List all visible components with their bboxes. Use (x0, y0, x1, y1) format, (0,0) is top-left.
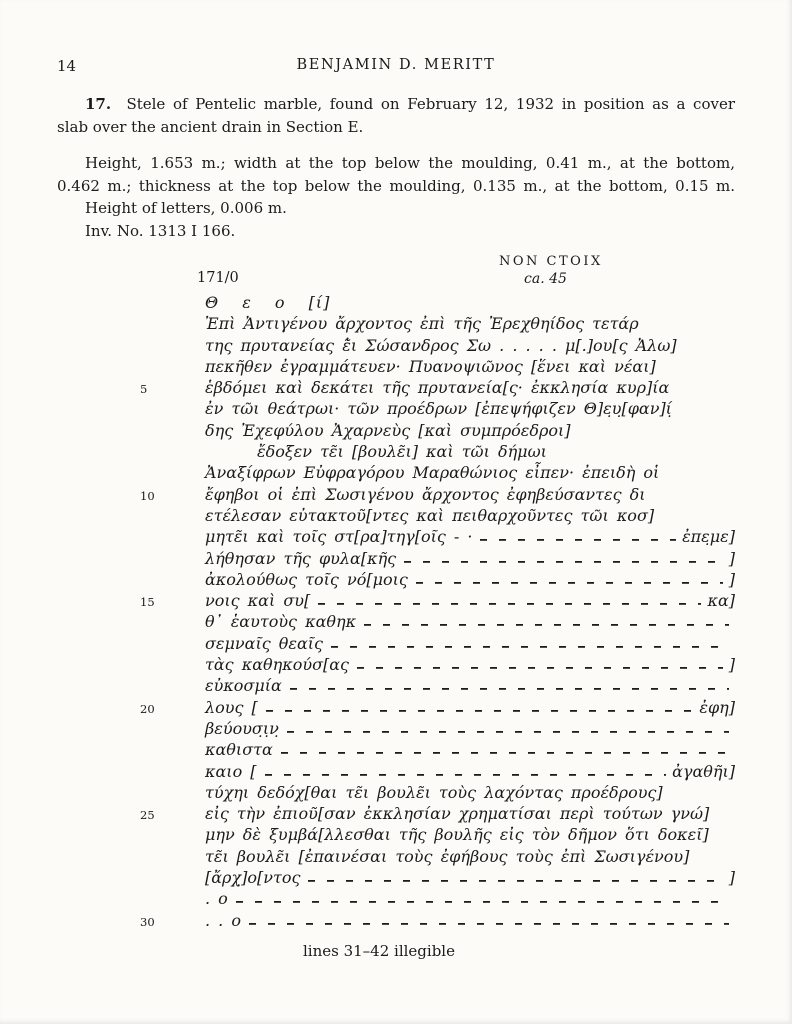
inscription-text: καθιστα (205, 739, 273, 760)
running-header-title: BENJAMIN D. MERITT (0, 57, 792, 73)
lacuna-dashes (285, 718, 729, 739)
lacuna-dashes (402, 548, 723, 569)
inscription-line: θ᾽ ἑαυτοὺς καθηκ (140, 611, 735, 632)
inscription-line: 10 ἔφηβοι οἱ ἐπὶ Σωσιγένου ἄρχοντος ἐφηβ… (140, 484, 735, 505)
lacuna-dashes (288, 675, 729, 696)
inscription-text: . . ο (205, 910, 241, 931)
inscription-line-text: Ἀναξίφρων Εὐφραγόρου Μαραθώνιος εἶπεν· ἐ… (205, 462, 735, 483)
non-stoichedon-label: NON CTOIX (499, 254, 603, 269)
running-header: 14 BENJAMIN D. MERITT (0, 0, 792, 75)
inscription-line-text: καθιστα (205, 739, 735, 760)
inscription-line: λήθησαν τῆς φυλα[κῆς] (140, 548, 735, 569)
inscription-line-text: δης Ἐχεφύλου Ἀχαρνεὺς [καὶ συμπρόεδροι] (205, 420, 735, 441)
entry-description-text1: Stele of Pentelic marble, found on Febru… (126, 95, 735, 113)
entry-description: 17. Stele of Pentelic marble, found on F… (57, 93, 735, 138)
inscription-line-text: καιο [ἀγαθῆι] (205, 761, 735, 782)
line-number (140, 306, 205, 308)
line-number (140, 349, 205, 351)
inscription-line-text: λήθησαν τῆς φυλα[κῆς] (205, 548, 735, 569)
line-number (140, 902, 205, 904)
lacuna-dashes (279, 739, 729, 760)
inscription-text: . ο (205, 888, 228, 909)
inscription-text: ἔδοξεν τε̃ι [βουλε̃ι] καὶ τῶι δήμωι (205, 441, 547, 462)
inscription-line: δης Ἐχεφύλου Ἀχαρνεὺς [καὶ συμπρόεδροι] (140, 420, 735, 441)
inscription-line: τὰς καθηκούσ[ας] (140, 654, 735, 675)
inscription-line-text: της πρυτανείας ἑ̃ι Σώσανδρος Σω . . . . … (205, 335, 735, 356)
line-number: 10 (140, 484, 205, 507)
line-number (140, 370, 205, 372)
inscription-line: καιο [ἀγαθῆι] (140, 761, 735, 782)
line-number (140, 881, 205, 883)
line-number (140, 519, 205, 521)
inscription-line-text: ἑβδόμει καὶ δεκάτει τῆς πρυτανεία[ς· ἐκκ… (205, 377, 735, 398)
inscription-line: πεκῆθεν ἐγραμμάτευεν· Πυανοψιῶνος [ἕνει … (140, 356, 735, 377)
line-number (140, 455, 205, 457)
entry-description-line2: slab over the ancient drain in Section E… (57, 116, 735, 139)
inscription-text-restored: ] (729, 867, 735, 888)
lacuna-dashes (234, 888, 729, 909)
inscription-text: ἑβδόμει καὶ δεκάτει τῆς πρυτανεία[ς· ἐκκ… (205, 377, 669, 398)
inscription-text: Θ ε ο [ί] (205, 292, 330, 313)
inscription-line: τε̃ι βουλε̃ι [ἐπαινέσαι τοὺς ἐφήβους τοὺ… (140, 846, 735, 867)
inscription-text: ἔφηβοι οἱ ἐπὶ Σωσιγένου ἄρχοντος ἐφηβεύσ… (205, 484, 646, 505)
inscription-line: μητε̃ι καὶ τοῖς στ[ρα]τηγ[οῖς - ·ἐπε̣με] (140, 526, 735, 547)
letter-height-line: Height of letters, 0.006 m. (57, 197, 735, 220)
inscription-line-text: . ο (205, 888, 735, 909)
inscription-line: καθιστα (140, 739, 735, 760)
inscription-line: της πρυτανείας ἑ̃ι Σώσανδρος Σω . . . . … (140, 335, 735, 356)
line-number: 30 (140, 910, 205, 933)
inscription-line: 20 λους [ἐφη] (140, 697, 735, 718)
inscription-line-text: ετέλεσαν εὐτακτοῦ[ντες καὶ πειθαρχοῦντες… (205, 505, 735, 526)
inscription-text: της πρυτανείας ἑ̃ι Σώσανδρος Σω . . . . … (205, 335, 677, 356)
inscription-line-text: ἔφηβοι οἱ ἐπὶ Σωσιγένου ἄρχοντος ἐφηβεύσ… (205, 484, 735, 505)
inscription-line: 30 . . ο (140, 910, 735, 931)
inscription-line-text: πεκῆθεν ἐγραμμάτευεν· Πυανοψιῶνος [ἕνει … (205, 356, 735, 377)
inscription-line: [ἄρχ̣]ο[ντος] (140, 867, 735, 888)
inscription-text: λήθησαν τῆς φυλα[κῆς (205, 548, 396, 569)
inscription-text-restored: ἐπε̣με] (682, 526, 735, 547)
inscription-line: μην δὲ ξυμβά[λλεσθαι τῆς βουλῆς εἰς τὸν … (140, 824, 735, 845)
inscription-text: μην δὲ ξυμβά[λλεσθαι τῆς βουλῆς εἰς τὸν … (205, 824, 709, 845)
inscription-text: καιο [ (205, 761, 257, 782)
entry-number: 17. (85, 95, 111, 113)
line-number (140, 540, 205, 542)
inscription-line-text: μητε̃ι καὶ τοῖς στ[ρα]τηγ[οῖς - ·ἐπε̣με] (205, 526, 735, 547)
inscription-line: 15 νοις καὶ συ[κα] (140, 590, 735, 611)
inscription-line-text: τύχηι δεδόχ[θαι τε̃ι βουλε̃ι τοὺς λαχόντ… (205, 782, 735, 803)
inscription-line-text: Θ ε ο [ί] (205, 292, 735, 313)
inscription-text: τὰς καθηκούσ[ας (205, 654, 349, 675)
illegible-lines-caption: lines 31–42 illegible (0, 942, 775, 960)
inscription-line: σεμναῖς θεαῖς (140, 633, 735, 654)
inscription-text: πεκῆθεν ἐγραμμάτευεν· Πυανοψιῶνος [ἕνει … (205, 356, 656, 377)
inscription-text-restored: ] (729, 654, 735, 675)
inscription-line: Θ ε ο [ί] (140, 292, 735, 313)
line-number (140, 583, 205, 585)
line-length-label: ca. 45 (524, 271, 567, 287)
inscription-line: ἀκολούθως τοῖς νό[μοις] (140, 569, 735, 590)
line-number (140, 838, 205, 840)
inscription-text: τύχηι δεδόχ[θαι τε̃ι βουλε̃ι τοὺς λαχόντ… (205, 782, 663, 803)
line-number (140, 476, 205, 478)
inscription-line-text: τὰς καθηκούσ[ας] (205, 654, 735, 675)
entry-description-line1: 17. Stele of Pentelic marble, found on F… (57, 93, 735, 116)
inscription-line-text: εὐκοσμία (205, 675, 735, 696)
inscription-text: μητε̃ι καὶ τοῖς στ[ρα]τηγ[οῖς - · (205, 526, 472, 547)
inscription-line: 5 ἑβδόμει καὶ δεκάτει τῆς πρυτανεία[ς· ἐ… (140, 377, 735, 398)
inscription-line-text: εἰς τὴν ἐπιοῦ[σαν ἐκκλησίαν χρηματίσαι π… (205, 803, 735, 824)
inscription-line: ἔδοξεν τε̃ι [βουλε̃ι] καὶ τῶι δήμωι (140, 441, 735, 462)
line-number (140, 647, 205, 649)
inventory-line: Inv. No. 1313 I 166. (57, 220, 735, 243)
inscription-line-text: λους [ἐφη] (205, 697, 735, 718)
inscription-line-text: θ᾽ ἑαυτοὺς καθηκ (205, 611, 735, 632)
inscription-text: ετέλεσαν εὐτακτοῦ[ντες καὶ πειθαρχοῦντες… (205, 505, 654, 526)
lacuna-dashes (478, 526, 676, 547)
inscription-line-text: βεύουσ̣ι̣ν̣ (205, 718, 735, 739)
inscription-text-restored: ] (729, 569, 735, 590)
inscription-labels: NON CTOIX ca. 45 171/0 (0, 254, 792, 290)
inscription-line-text: τε̃ι βουλε̃ι [ἐπαινέσαι τοὺς ἐφήβους τοὺ… (205, 846, 735, 867)
inscription-text: Ἐπὶ Ἀντιγένου ἄρχοντος ἐπὶ τῆς Ἐρεχθηίδο… (205, 313, 639, 334)
lacuna-dashes (355, 654, 723, 675)
inscription-text: δης Ἐχεφύλου Ἀχαρνεὺς [καὶ συμπρόεδροι] (205, 420, 571, 441)
inscription-line-text: νοις καὶ συ[κα] (205, 590, 735, 611)
inscription-line-text: ἀκολούθως τοῖς νό[μοις] (205, 569, 735, 590)
dimensions-line1: Height, 1.653 m.; width at the top below… (57, 152, 735, 175)
inscription-text: ἀκολούθως τοῖς νό[μοις (205, 569, 408, 590)
entry-dimensions: Height, 1.653 m.; width at the top below… (57, 152, 735, 242)
inscription-line-text: . . ο (205, 910, 735, 931)
line-number: 5 (140, 377, 205, 400)
line-number (140, 668, 205, 670)
line-number: 25 (140, 803, 205, 826)
lacuna-dashes (414, 569, 723, 590)
inscription-line-text: ἐν τῶι θεάτρωι· τῶν προέδρων [ἐπεψήφιζεν… (205, 398, 735, 419)
inscription-text: εἰς τὴν ἐπιοῦ[σαν ἐκκλησίαν χρηματίσαι π… (205, 803, 709, 824)
inscription-line: ἐν τῶι θεάτρωι· τῶν προέδρων [ἐπεψήφιζεν… (140, 398, 735, 419)
line-number (140, 796, 205, 798)
inscription-line: ετέλεσαν εὐτακτοῦ[ντες καὶ πειθαρχοῦντες… (140, 505, 735, 526)
lacuna-dashes (306, 867, 722, 888)
line-number: 20 (140, 697, 205, 720)
line-number (140, 625, 205, 627)
inscription-line-text: μην δὲ ξυμβά[λλεσθαι τῆς βουλῆς εἰς τὸν … (205, 824, 735, 845)
inscription-text-block: Θ ε ο [ί] Ἐπὶ Ἀντιγένου ἄρχοντος ἐπὶ τῆς… (140, 292, 735, 931)
inscription-text: θ᾽ ἑαυτοὺς καθηκ (205, 611, 356, 632)
inscription-text-restored: ] (729, 548, 735, 569)
line-number (140, 562, 205, 564)
inscription-line-text: Ἐπὶ Ἀντιγένου ἄρχοντος ἐπὶ τῆς Ἐρεχθηίδο… (205, 313, 735, 334)
lacuna-dashes (362, 611, 729, 632)
dimensions-line2: 0.462 m.; thickness at the top below the… (57, 175, 735, 198)
line-number (140, 753, 205, 755)
inscription-line-text: [ἄρχ̣]ο[ντος] (205, 867, 735, 888)
lacuna-dashes (247, 910, 729, 931)
inscription-text: Ἀναξίφρων Εὐφραγόρου Μαραθώνιος εἶπεν· ἐ… (205, 462, 659, 483)
inscription-line-text: ἔδοξεν τε̃ι [βουλε̃ι] καὶ τῶι δήμωι (205, 441, 735, 462)
line-number (140, 327, 205, 329)
inscription-date: 171/0 (197, 270, 239, 286)
line-number (140, 860, 205, 862)
inscription-text: ἐν τῶι θεάτρωι· τῶν προέδρων [ἐπεψήφιζεν… (205, 398, 672, 419)
line-number (140, 412, 205, 414)
inscription-line: 25 εἰς τὴν ἐπιοῦ[σαν ἐκκλησίαν χρηματίσα… (140, 803, 735, 824)
line-number (140, 434, 205, 436)
line-number (140, 732, 205, 734)
line-number: 15 (140, 590, 205, 613)
inscription-text-restored: ἀγαθῆι] (672, 761, 735, 782)
book-page: 14 BENJAMIN D. MERITT 17. Stele of Pente… (0, 0, 792, 1024)
inscription-text: λους [ (205, 697, 258, 718)
inscription-text: [ἄρχ̣]ο[ντος (205, 867, 300, 888)
lacuna-dashes (264, 697, 694, 718)
inscription-text: νοις καὶ συ[ (205, 590, 310, 611)
inscription-line: τύχηι δεδόχ[θαι τε̃ι βουλε̃ι τοὺς λαχόντ… (140, 782, 735, 803)
lacuna-dashes (329, 633, 729, 654)
lacuna-dashes (316, 590, 701, 611)
line-number (140, 775, 205, 777)
inscription-line: Ἐπὶ Ἀντιγένου ἄρχοντος ἐπὶ τῆς Ἐρεχθηίδο… (140, 313, 735, 334)
inscription-text: τε̃ι βουλε̃ι [ἐπαινέσαι τοὺς ἐφήβους τοὺ… (205, 846, 689, 867)
inscription-text: βεύουσ̣ι̣ν̣ (205, 718, 279, 739)
line-number (140, 689, 205, 691)
inscription-text-restored: κα] (707, 590, 735, 611)
inscription-line: βεύουσ̣ι̣ν̣ (140, 718, 735, 739)
inscription-line-text: σεμναῖς θεαῖς (205, 633, 735, 654)
inscription-text-restored: ἐφη] (699, 697, 735, 718)
inscription-line: . ο (140, 888, 735, 909)
inscription-line: εὐκοσμία (140, 675, 735, 696)
lacuna-dashes (263, 761, 667, 782)
inscription-line: Ἀναξίφρων Εὐφραγόρου Μαραθώνιος εἶπεν· ἐ… (140, 462, 735, 483)
inscription-text: σεμναῖς θεαῖς (205, 633, 323, 654)
inscription-text: εὐκοσμία (205, 675, 282, 696)
